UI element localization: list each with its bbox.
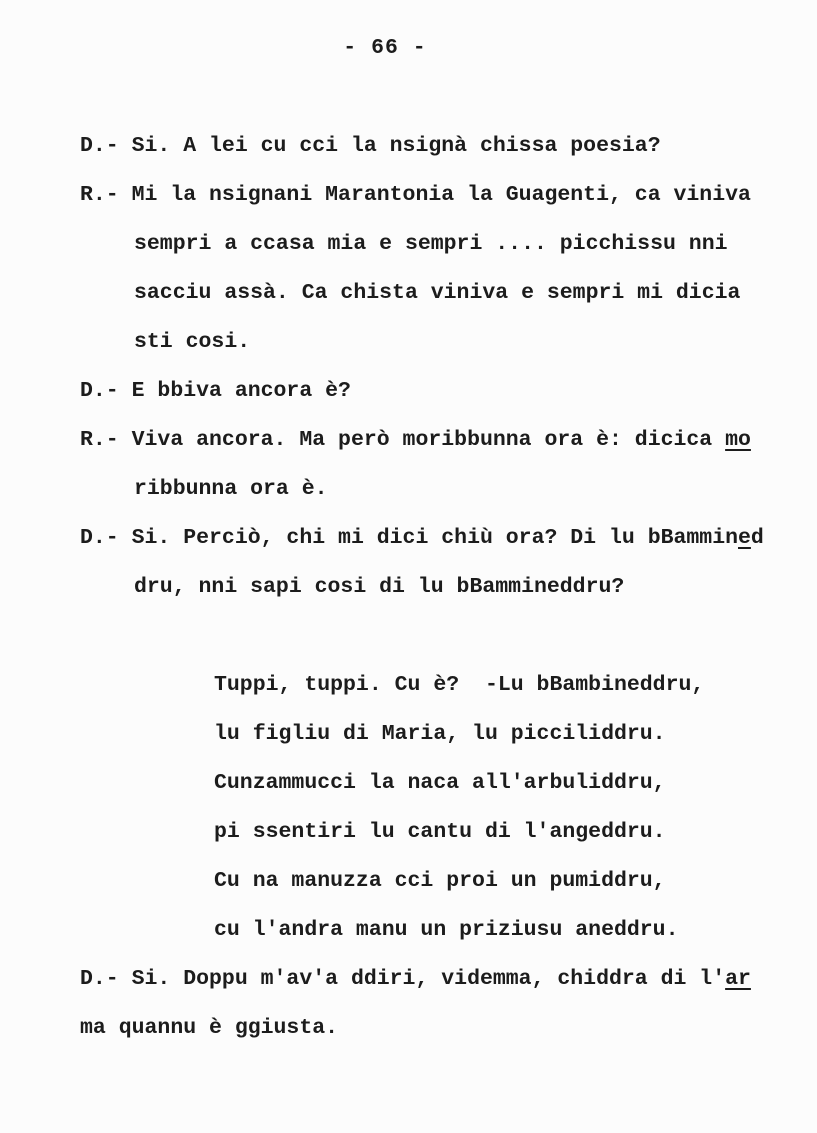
line-text: R.- Mi la nsignani Marantonia la Guagent… <box>80 183 751 207</box>
poem-line: Cunzammucci la naca all'arbuliddru, <box>80 759 800 808</box>
blank-line <box>80 612 800 661</box>
line-text: cu l'andra manu un priziusu aneddru. <box>214 918 678 942</box>
poem-line: lu figliu di Maria, lu picciliddru. <box>80 710 800 759</box>
transcript-body: D.- Si. A lei cu cci la nsignà chissa po… <box>80 122 800 1053</box>
transcript-line: R.- Viva ancora. Ma però moribbunna ora … <box>80 416 800 465</box>
poem-line: Cu na manuzza cci proi un pumiddru, <box>80 857 800 906</box>
line-text: D.- Si. A lei cu cci la nsignà chissa po… <box>80 134 661 158</box>
transcript-line: D.- E bbiva ancora è? <box>80 367 800 416</box>
line-text: Cu na manuzza cci proi un pumiddru, <box>214 869 666 893</box>
line-text: Tuppi, tuppi. Cu è? -Lu bBambineddru, <box>214 673 704 697</box>
poem-line: Tuppi, tuppi. Cu è? -Lu bBambineddru, <box>80 661 800 710</box>
line-text: D.- Si. Doppu m'av'a ddiri, videmma, chi… <box>80 967 725 991</box>
line-text: D.- Si. Perciò, chi mi dici chiù ora? Di… <box>80 526 738 550</box>
page-number: - 66 - <box>0 36 770 60</box>
line-text: sti cosi. <box>134 330 250 354</box>
transcript-line: D.- Si. A lei cu cci la nsignà chissa po… <box>80 122 800 171</box>
underlined-word: ar <box>725 967 751 991</box>
transcript-line: sempri a ccasa mia e sempri .... picchis… <box>80 220 800 269</box>
transcript-line: R.- Mi la nsignani Marantonia la Guagent… <box>80 171 800 220</box>
line-text: pi ssentiri lu cantu di l'angeddru. <box>214 820 666 844</box>
line-text: Cunzammucci la naca all'arbuliddru, <box>214 771 666 795</box>
poem-line: pi ssentiri lu cantu di l'angeddru. <box>80 808 800 857</box>
line-text: sempri a ccasa mia e sempri .... picchis… <box>134 232 728 256</box>
line-text: ribbunna ora è. <box>134 477 328 501</box>
line-text: d <box>751 526 764 550</box>
transcript-line: D.- Si. Doppu m'av'a ddiri, videmma, chi… <box>80 955 800 1004</box>
transcript-line: ribbunna ora è. <box>80 465 800 514</box>
document-page: - 66 - D.- Si. A lei cu cci la nsignà ch… <box>0 0 817 1133</box>
line-text: ma quannu è ggiusta. <box>80 1016 338 1040</box>
poem-line: cu l'andra manu un priziusu aneddru. <box>80 906 800 955</box>
transcript-line: D.- Si. Perciò, chi mi dici chiù ora? Di… <box>80 514 800 563</box>
line-text: dru, nni sapi cosi di lu bBammineddru? <box>134 575 624 599</box>
line-text: D.- E bbiva ancora è? <box>80 379 351 403</box>
transcript-line: sti cosi. <box>80 318 800 367</box>
transcript-line: ma quannu è ggiusta. <box>80 1004 800 1053</box>
line-text: sacciu assà. Ca chista viniva e sempri m… <box>134 281 740 305</box>
transcript-line: sacciu assà. Ca chista viniva e sempri m… <box>80 269 800 318</box>
underlined-word: e <box>738 526 751 550</box>
underlined-word: mo <box>725 428 751 452</box>
line-text: R.- Viva ancora. Ma però moribbunna ora … <box>80 428 725 452</box>
transcript-line: dru, nni sapi cosi di lu bBammineddru? <box>80 563 800 612</box>
line-text: lu figliu di Maria, lu picciliddru. <box>214 722 666 746</box>
